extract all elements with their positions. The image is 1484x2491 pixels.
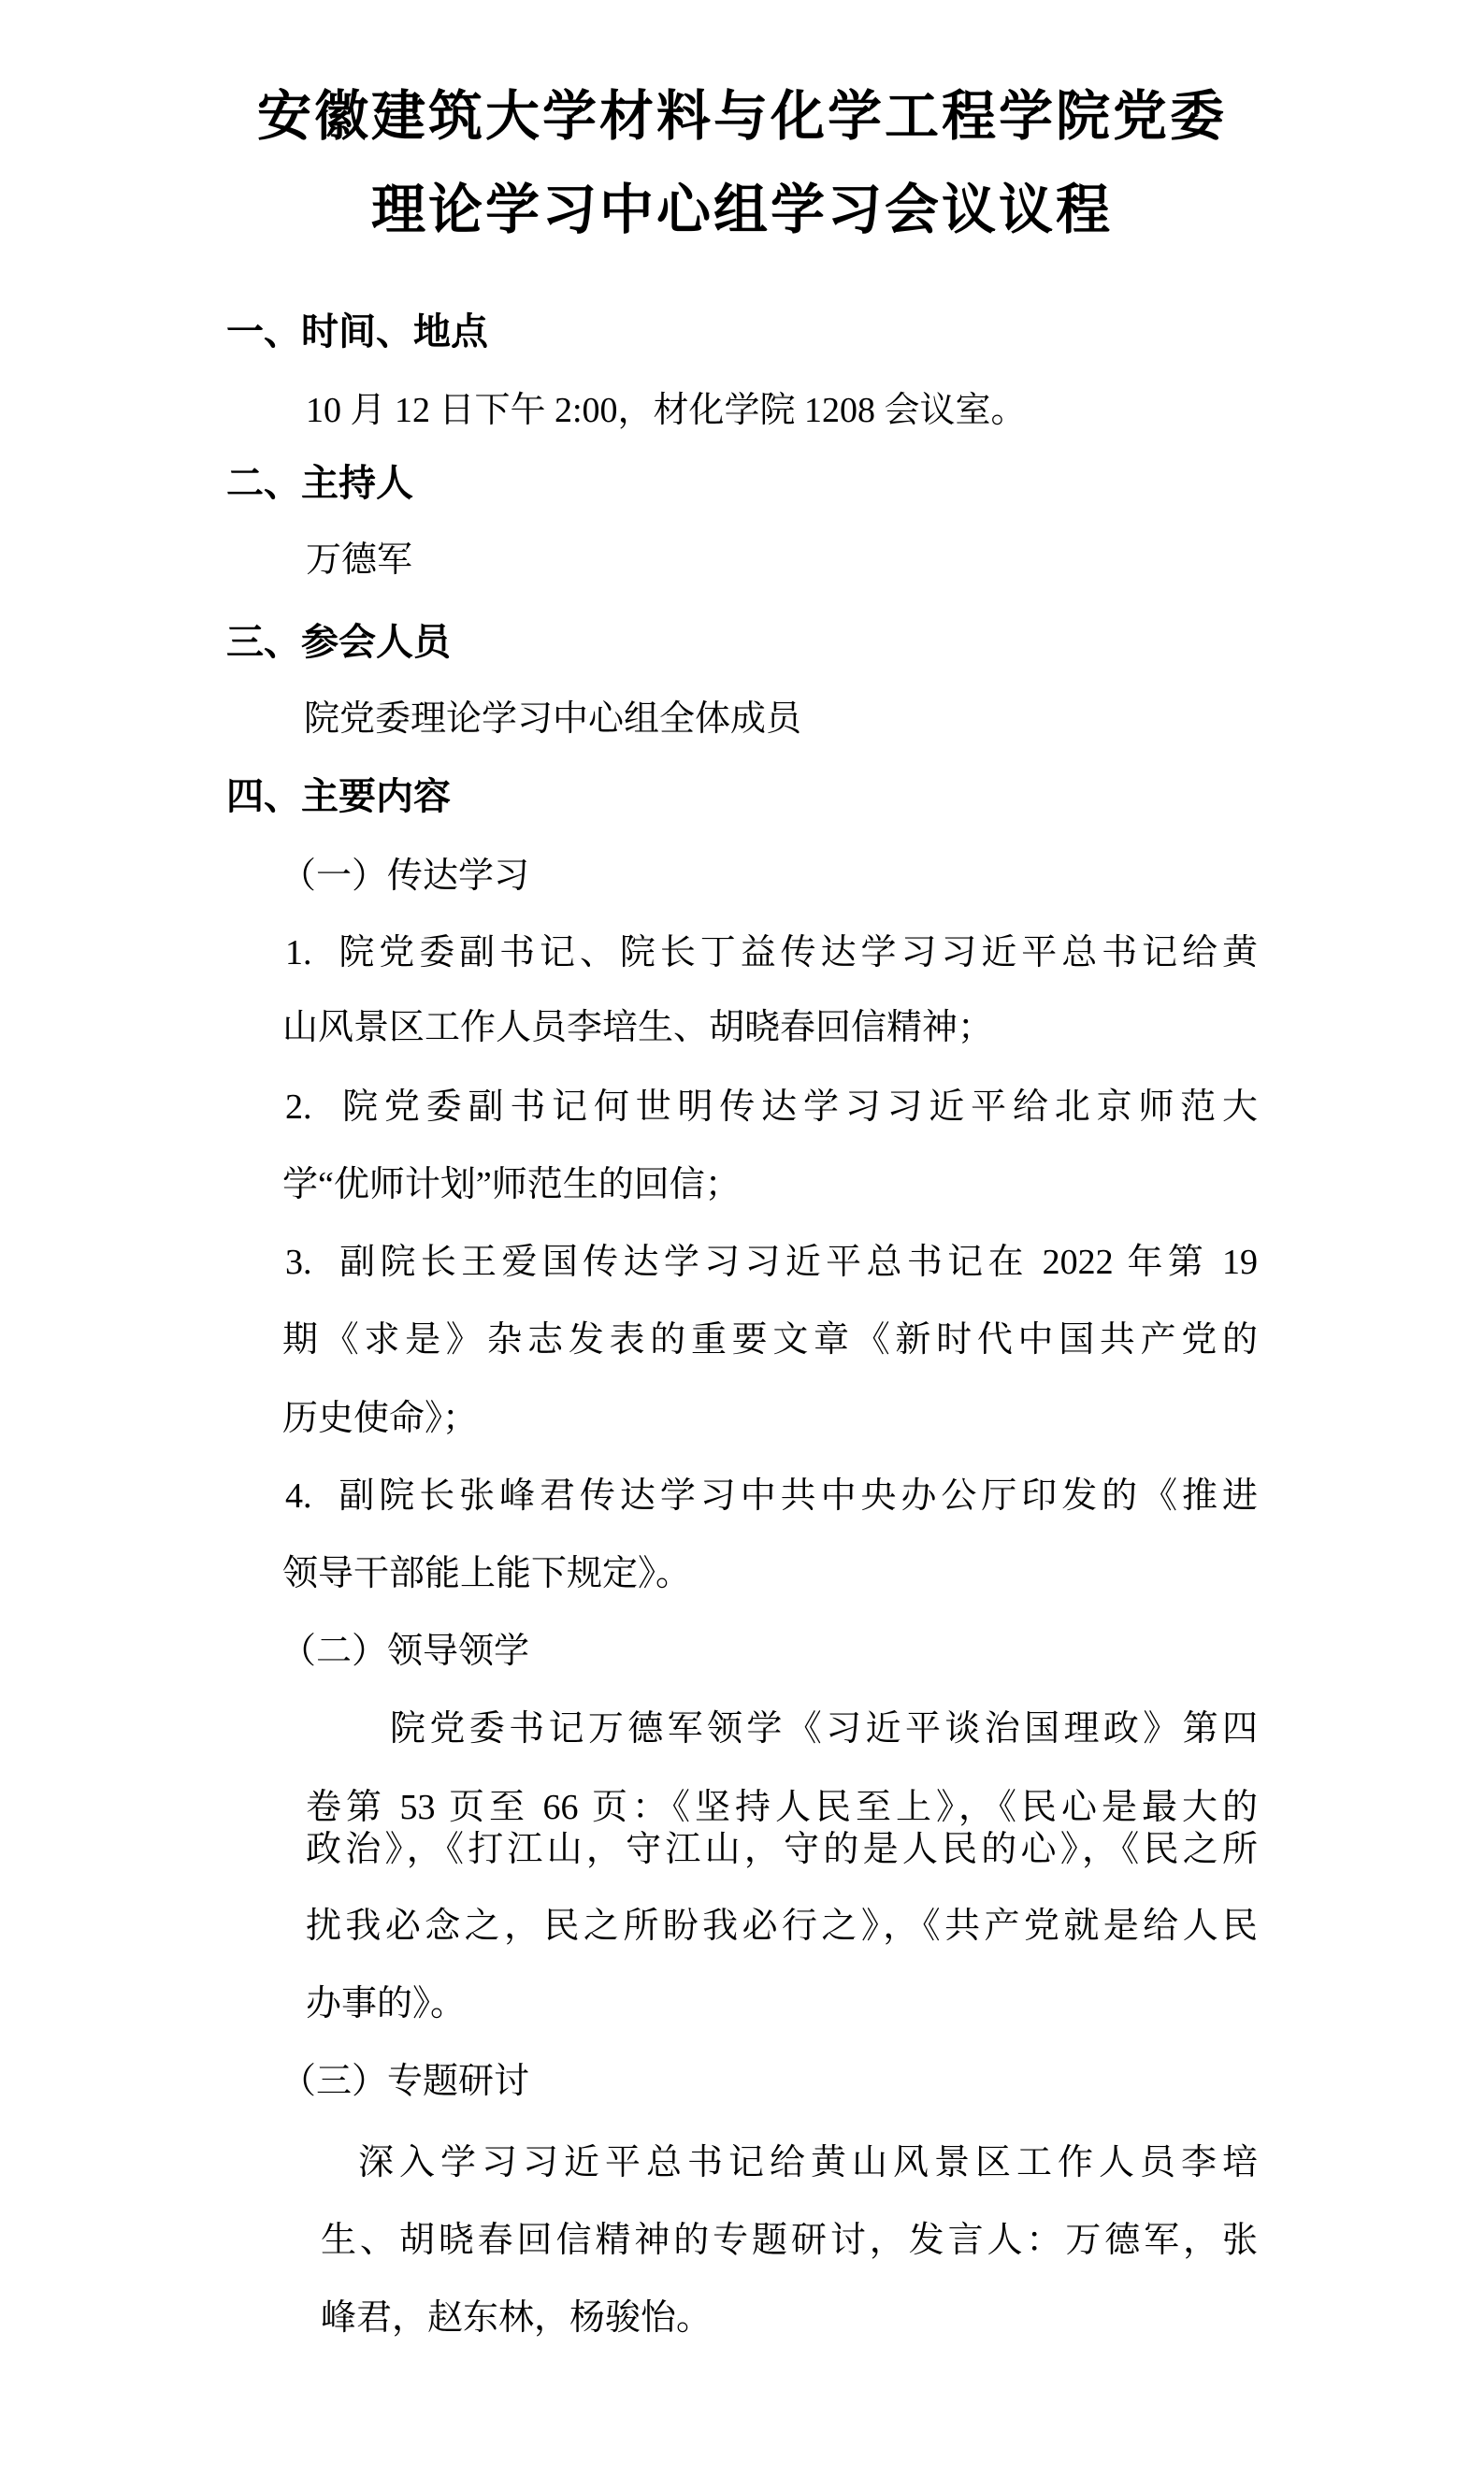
paragraph-line: 政治》，《打江山，守江山，守的是人民的心》，《民之所 <box>306 1828 1258 1871</box>
document-page: 安徽建筑大学材料与化学工程学院党委 理论学习中心组学习会议议程 一、时间、地点 … <box>0 0 1484 2491</box>
paragraph-line: 卷第 53 页至 66 页：《坚持人民至上》，《民心是最大的 <box>306 1786 1258 1829</box>
list-item-line: 山风景区工作人员李培生、胡晓春回信精神； <box>282 1006 993 1049</box>
subsection-heading-3: （三）专题研讨 <box>281 2060 529 2103</box>
list-item-line: 学“优师计划”师范生的回信； <box>282 1163 741 1206</box>
section-heading-time-place: 一、时间、地点 <box>226 310 488 353</box>
paragraph-line: 院党委书记万德军领学《习近平谈治国理政》第四 <box>390 1707 1258 1750</box>
list-item-line: 历史使命》； <box>282 1397 478 1440</box>
paragraph-line: 生、胡晓春回信精神的专题研讨，发言人：万德军，张 <box>321 2219 1258 2262</box>
list-item-line: 期《求是》杂志发表的重要文章《新时代中国共产党的 <box>282 1318 1258 1361</box>
paragraph-line: 办事的》。 <box>306 1982 466 2025</box>
section-heading-host: 二、主持人 <box>226 462 413 505</box>
list-item-line: 领导干部能上能下规定》。 <box>282 1552 691 1595</box>
subsection-heading-2: （二）领导领学 <box>281 1630 529 1673</box>
paragraph-line: 扰我必念之，民之所盼我必行之》，《共产党就是给人民 <box>306 1905 1258 1948</box>
document-title-line-2: 理论学习中心组学习会议议程 <box>0 178 1484 243</box>
document-title-line-1: 安徽建筑大学材料与化学工程学院党委 <box>0 84 1484 150</box>
list-item-line: 1. 院党委副书记、院长丁益传达学习习近平总书记给黄 <box>285 931 1258 974</box>
section-heading-main-content: 四、主要内容 <box>226 775 451 818</box>
paragraph-host: 万德军 <box>306 539 412 582</box>
paragraph-line: 峰君，赵东林，杨骏怡。 <box>321 2297 712 2340</box>
paragraph-participants: 院党委理论学习中心组全体成员 <box>304 698 801 741</box>
list-item-line: 3. 副院长王爱国传达学习习近平总书记在 2022 年第 19 <box>285 1241 1258 1284</box>
list-item-line: 4. 副院长张峰君传达学习中共中央办公厅印发的《推进 <box>285 1475 1258 1518</box>
list-item-line: 2. 院党委副书记何世明传达学习习近平给北京师范大 <box>285 1086 1258 1129</box>
paragraph-time-place: 10 月 12 日下午 2:00，材化学院 1208 会议室。 <box>306 389 1027 432</box>
paragraph-line: 深入学习习近平总书记给黄山风景区工作人员李培 <box>358 2141 1258 2184</box>
section-heading-participants: 三、参会人员 <box>226 621 451 664</box>
subsection-heading-1: （一）传达学习 <box>281 855 529 898</box>
